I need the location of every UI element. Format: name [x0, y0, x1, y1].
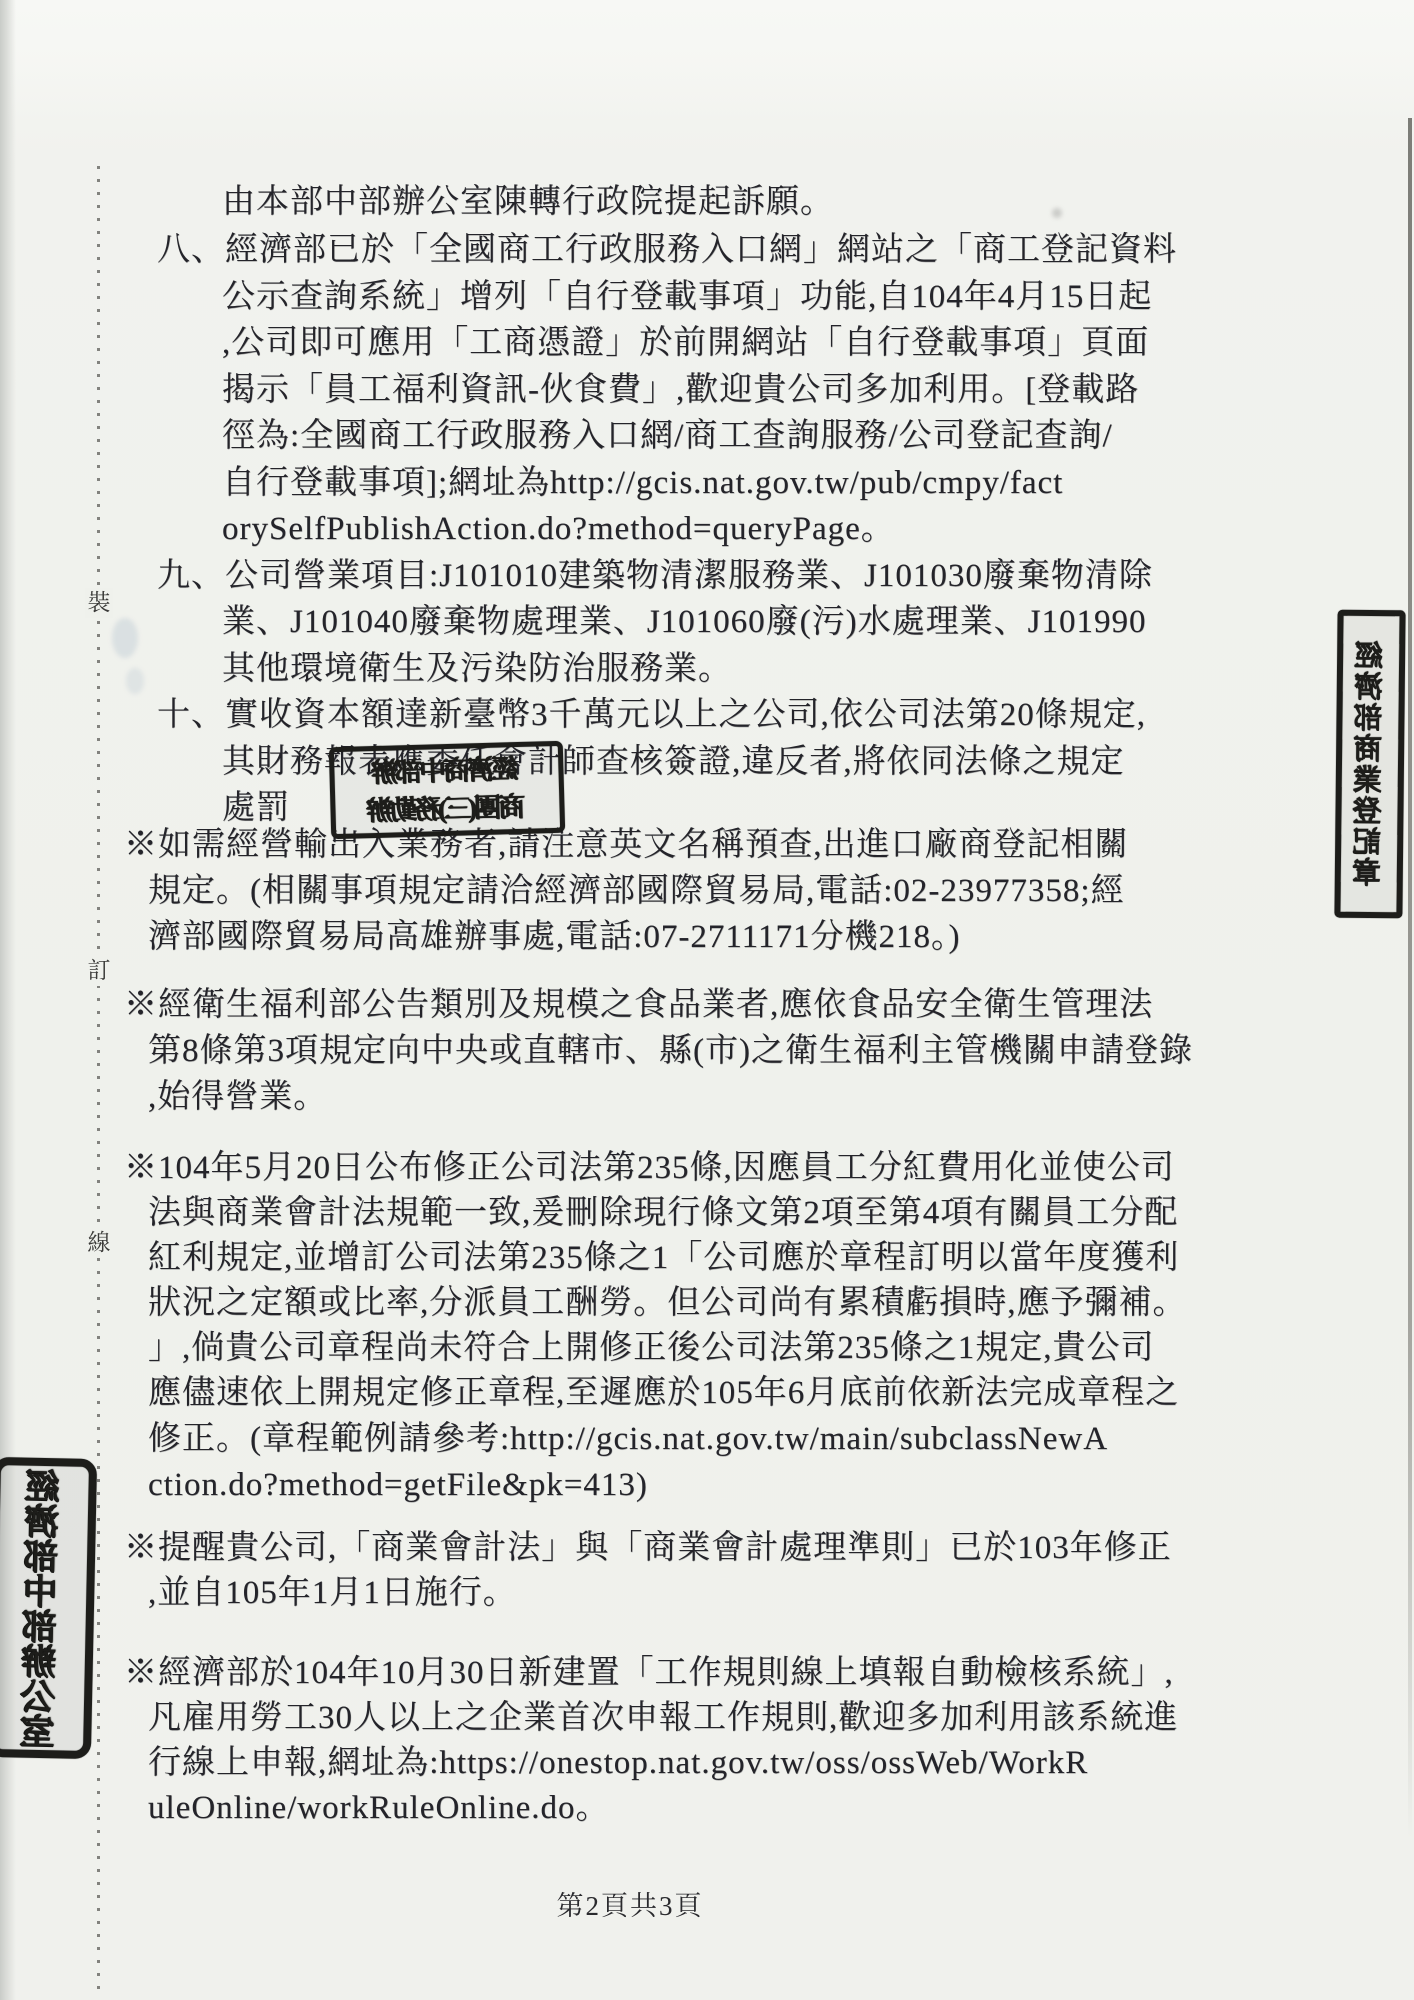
text-line: 處罰 — [222, 788, 290, 828]
scan-speck — [1052, 208, 1062, 218]
seal-stamp-text: 經濟部中部辦公室 — [22, 1468, 63, 1749]
seal-stamp-left-edge: 經濟部中部辦公室 — [0, 1457, 97, 1759]
text-line: 九、公司營業項目:J101010建築物清潔服務業、J101030廢棄物清除 — [157, 556, 1153, 596]
seal-stamp-right-edge: 經濟部商業登記章 — [1334, 610, 1405, 919]
text-line: 徑為:全國商工行政服務入口網/商工查詢服務/公司登記查詢/ — [222, 416, 1113, 456]
text-line: 公示查詢系統」增列「自行登載事項」功能,自104年4月15日起 — [222, 277, 1152, 317]
text-line: 第8條第3項規定向中央或直轄市、縣(市)之衛生福利主管機關申請登錄 — [148, 1031, 1193, 1071]
text-line: 凡雇用勞工30人以上之企業首次申報工作規則,歡迎多加利用該系統進 — [148, 1698, 1178, 1738]
text-line: 揭示「員工福利資訊-伙食費」,歡迎貴公司多加利用。[登載路 — [222, 370, 1139, 410]
text-line: 由本部中部辦公室陳轉行政院提起訴願。 — [222, 182, 834, 222]
text-line: ※104年5月20日公布修正公司法第235條,因應員工分紅費用化並使公司 — [124, 1148, 1175, 1188]
text-line: 」,倘貴公司章程尚未符合上開修正後公司法第235條之1規定,貴公司 — [148, 1328, 1155, 1368]
text-line: ction.do?method=getFile&pk=413) — [148, 1465, 648, 1505]
seal-stamp-row: 商團(三)務勤辦 — [335, 787, 560, 831]
binding-char-ding: 訂 — [85, 956, 113, 986]
binding-char-zhuang: 裝 — [85, 588, 113, 618]
page-number-footer: 第2頁共3頁 — [160, 1884, 1100, 1923]
text-line: 其他環境衛生及污染防治服務業。 — [222, 649, 732, 689]
seal-stamp-row: 經濟商中部辦 — [334, 749, 559, 793]
text-line: 紅利規定,並增訂公司法第235條之1「公司應於章程訂明以當年度獲利 — [148, 1238, 1179, 1278]
scan-top-fade — [0, 0, 1414, 120]
text-line: ※提醒貴公司,「商業會計法」與「商業會計處理準則」已於103年修正 — [124, 1528, 1172, 1568]
text-line: 十、實收資本額達新臺幣3千萬元以上之公司,依公司法第20條規定, — [157, 695, 1146, 735]
scan-right-edge-line — [1408, 118, 1412, 1838]
text-line: ,並自105年1月1日施行。 — [148, 1573, 517, 1613]
seal-stamp-text: 經濟部商業登記章 — [1354, 640, 1386, 888]
scan-smudge — [126, 668, 144, 694]
text-line: 法與商業會計法規範一致,爰刪除現行條文第2項至第4項有關員工分配 — [148, 1193, 1178, 1233]
text-line: 規定。(相關事項規定請洽經濟部國際貿易局,電話:02-23977358;經 — [148, 871, 1125, 911]
text-line: 行線上申報,網址為:https://onestop.nat.gov.tw/oss… — [148, 1743, 1088, 1783]
text-line: 狀況之定額或比率,分派員工酬勞。但公司尚有累積虧損時,應予彌補。 — [148, 1283, 1187, 1323]
text-line: ※經濟部於104年10月30日新建置「工作規則線上填報自動檢核系統」, — [124, 1653, 1174, 1693]
text-line: ,始得營業。 — [148, 1077, 327, 1117]
scan-smudge — [112, 618, 138, 658]
text-line: 修正。(章程範例請參考:http://gcis.nat.gov.tw/main/… — [148, 1419, 1108, 1459]
seal-stamp-inline: 經濟商中部辦 商團(三)務勤辦 — [329, 741, 565, 839]
text-line: ,公司即可應用「工商憑證」於前開網站「自行登載事項」頁面 — [222, 323, 1149, 363]
text-line: 應儘速依上開規定修正章程,至遲應於105年6月底前依新法完成章程之 — [148, 1373, 1179, 1413]
text-line: orySelfPublishAction.do?method=queryPage… — [222, 509, 895, 549]
scanned-document-page: { "page": { "footer": "第2頁共3頁" }, "margi… — [0, 0, 1414, 2000]
binding-dotted-line — [97, 166, 100, 1990]
text-line: 業、J101040廢棄物處理業、J101060廢(污)水處理業、J101990 — [222, 602, 1147, 642]
text-line: 八、經濟部已於「全國商工行政服務入口網」網站之「商工登記資料 — [157, 230, 1177, 270]
text-line: 濟部國際貿易局高雄辦事處,電話:07-2711171分機218。) — [148, 917, 960, 957]
text-line: 自行登載事項];網址為http://gcis.nat.gov.tw/pub/cm… — [222, 463, 1063, 503]
text-line: ※如需經營輸出入業務者,請注意英文名稱預查,出進口廠商登記相關 — [124, 825, 1129, 865]
text-line: uleOnline/workRuleOnline.do。 — [148, 1788, 610, 1828]
text-line: ※經衛生福利部公告類別及規模之食品業者,應依食品安全衛生管理法 — [124, 985, 1153, 1025]
binding-char-xian: 線 — [85, 1228, 113, 1258]
